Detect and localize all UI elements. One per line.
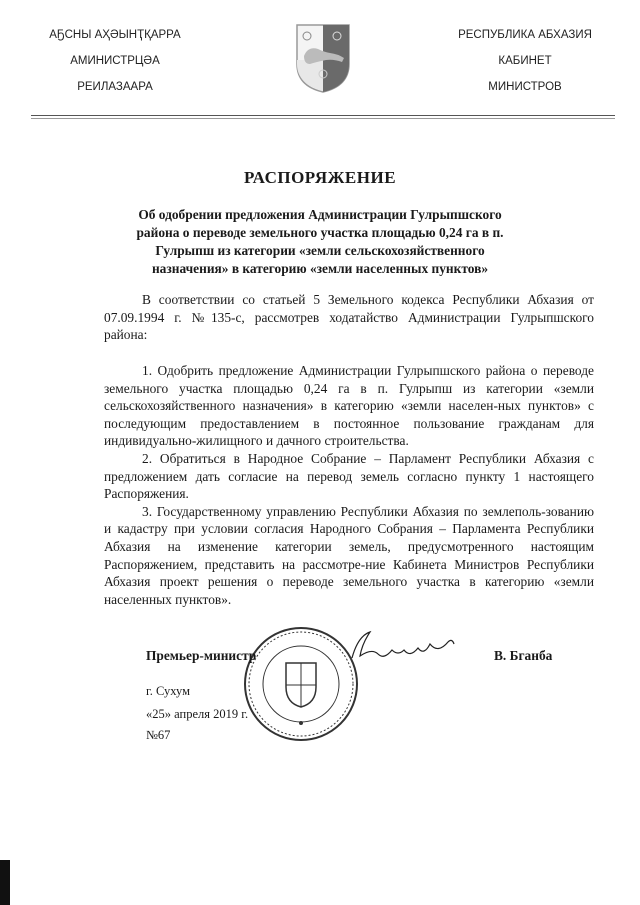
order-items: 1. Одобрить предложение Администрации Гу… — [104, 362, 594, 608]
order-item-3: 3. Государственному управлению Республик… — [104, 503, 594, 609]
letterhead-right: РЕСПУБЛИКА АБХАЗИЯ КАБИНЕТ МИНИСТРОВ — [430, 24, 620, 102]
signatory-position: Премьер-министр — [146, 648, 256, 664]
official-stamp-icon — [242, 625, 360, 743]
letterhead-right-line-3: МИНИСТРОВ — [430, 76, 620, 102]
handwritten-signature-icon — [348, 628, 458, 668]
letterhead-left-line-2: АМИНИСТРЦӘА — [30, 50, 200, 76]
signatory-name: В. Бганба — [494, 648, 552, 664]
letterhead-left-line-1: АҔСНЫ АҲӘЫНҬҚАРРА — [30, 24, 200, 50]
header-divider-secondary — [31, 118, 615, 119]
preamble: В соответствии со статьей 5 Земельного к… — [104, 291, 594, 344]
letterhead-right-line-1: РЕСПУБЛИКА АБХАЗИЯ — [430, 24, 620, 50]
letterhead-right-line-2: КАБИНЕТ — [430, 50, 620, 76]
issue-date: «25» апреля 2019 г. — [146, 707, 248, 722]
order-item-2: 2. Обратиться в Народное Собрание – Парл… — [104, 450, 594, 503]
order-item-1: 1. Одобрить предложение Администрации Гу… — [104, 362, 594, 450]
document-number: №67 — [146, 728, 170, 743]
document-subject: Об одобрении предложения Администрации Г… — [130, 206, 510, 278]
letterhead-left-line-3: РЕИЛАЗААРА — [30, 76, 200, 102]
scan-edge-mark — [0, 860, 10, 905]
issue-place: г. Сухум — [146, 684, 190, 699]
coat-of-arms-icon — [294, 22, 352, 94]
letterhead-left: АҔСНЫ АҲӘЫНҬҚАРРА АМИНИСТРЦӘА РЕИЛАЗААРА — [30, 24, 200, 102]
header-divider — [31, 115, 615, 116]
document-title: РАСПОРЯЖЕНИЕ — [0, 168, 640, 188]
preamble-text: В соответствии со статьей 5 Земельного к… — [104, 291, 594, 344]
